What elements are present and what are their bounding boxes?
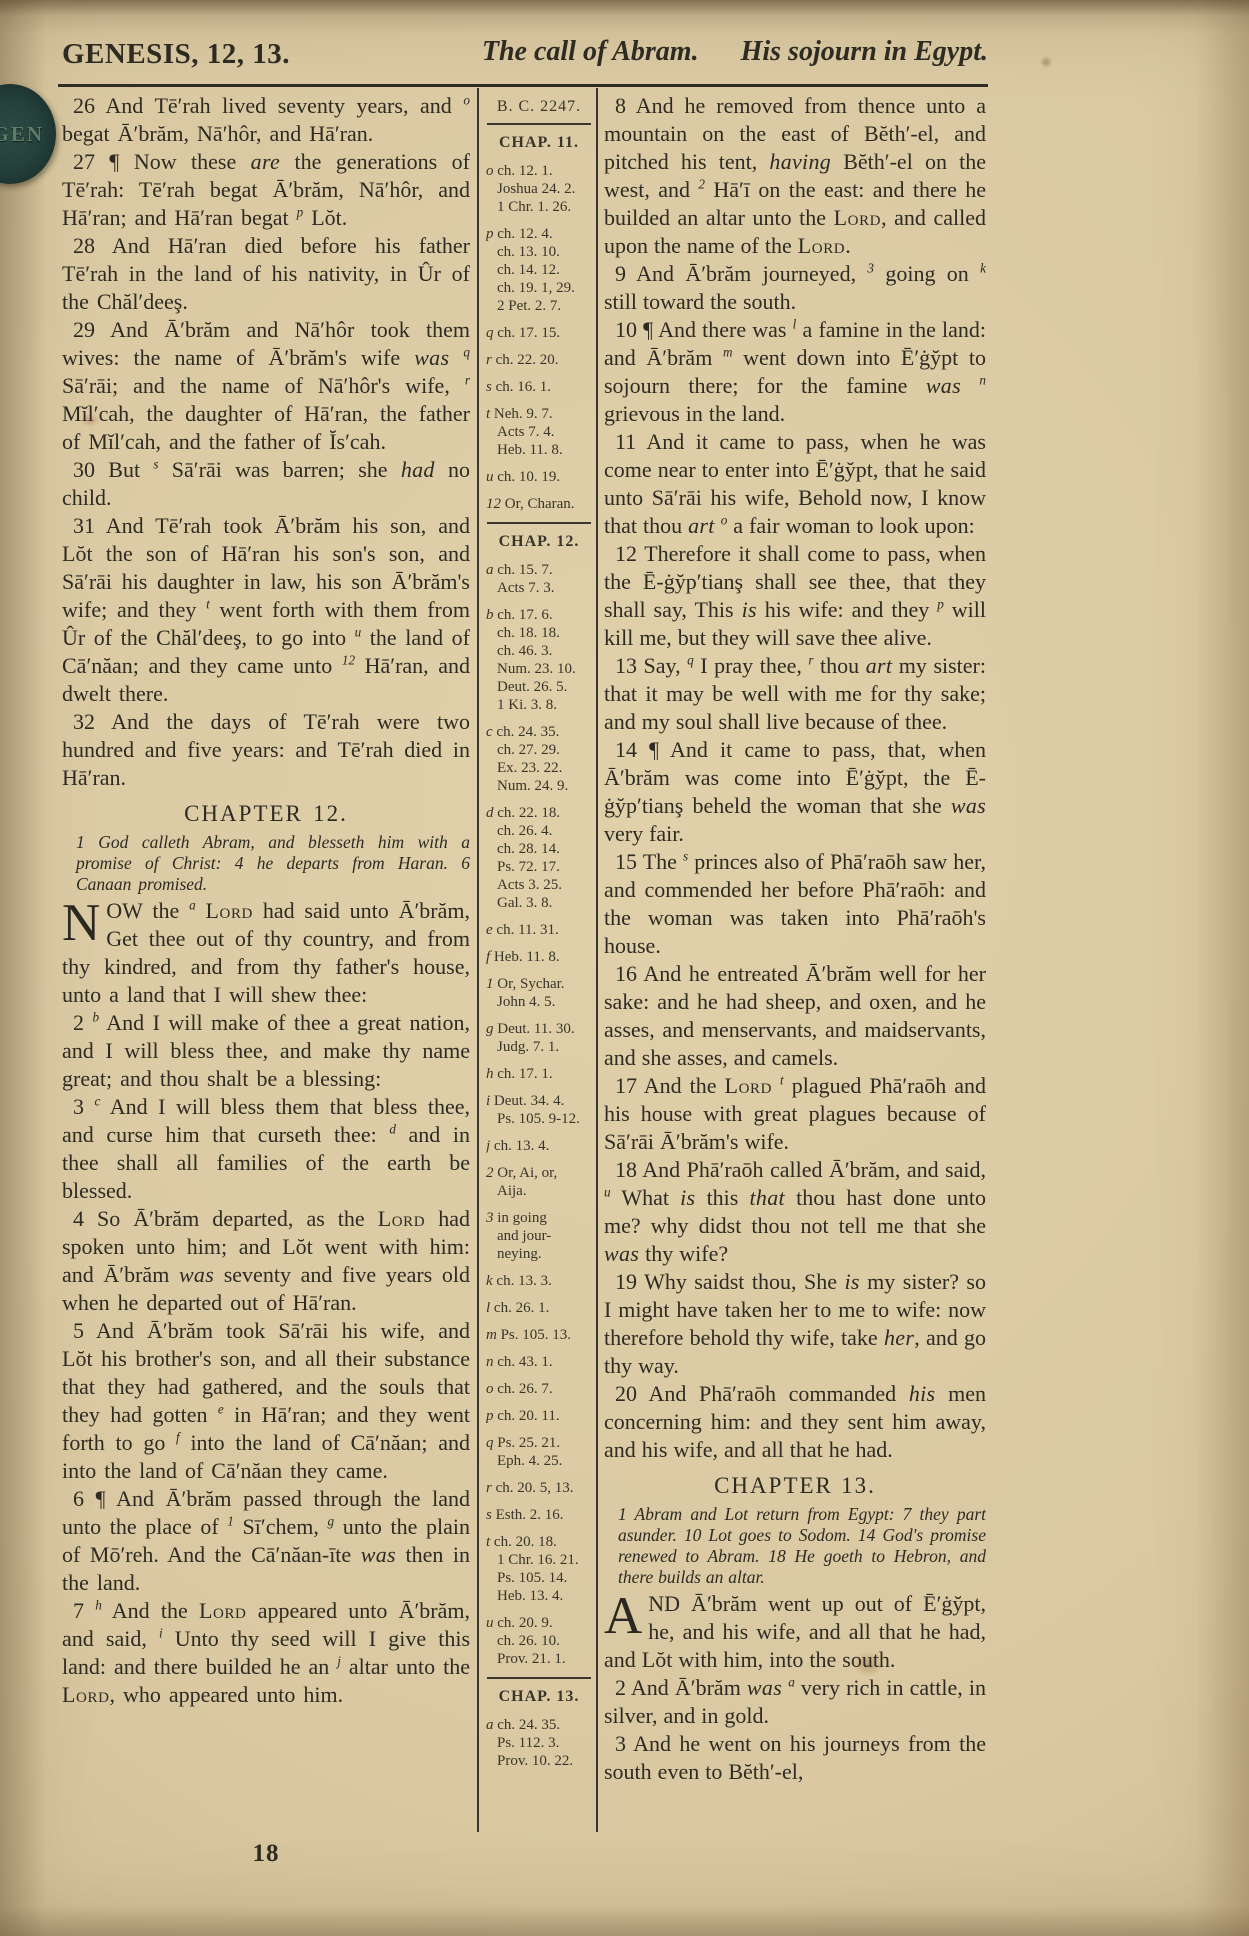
reference-key: l [486, 1300, 490, 1316]
chapter-12-heading: CHAPTER 12. [62, 800, 470, 828]
verse: 32 And the days of Tē′rah were two hundr… [62, 708, 470, 792]
reference-key: s [486, 1507, 492, 1523]
reference-body: ch. 17. 1. [497, 1066, 552, 1082]
reference-key: n [486, 1354, 494, 1370]
reference-key: f [486, 949, 490, 965]
reference-body: Deut. 34. 4.Ps. 105. 9-12. [494, 1093, 580, 1127]
page-header: GENESIS, 12, 13. The call of Abram.His s… [62, 36, 988, 80]
reference-key: k [486, 1273, 493, 1289]
chap-12-ref-title: CHAP. 12. [486, 533, 592, 551]
verse: 29 And Ā′brăm and Nā′hôr took them wives… [62, 316, 470, 456]
verse: 31 And Tē′rah took Ā′brăm his son, and L… [62, 512, 470, 708]
cross-reference: o ch. 26. 7. [486, 1380, 592, 1398]
reference-body: ch. 22. 20. [496, 352, 559, 368]
center-rule [487, 522, 591, 524]
reference-key: q [486, 325, 494, 341]
cross-reference: f Heb. 11. 8. [486, 948, 592, 966]
reference-body: in goingand jour-neying. [497, 1210, 551, 1262]
verse: 28 And Hā′ran died before his father Tē′… [62, 232, 470, 316]
chapter-13-verses: 2 And Ā′brăm was a very rich in cattle, … [604, 1674, 986, 1786]
cross-reference: a ch. 24. 35.Ps. 112. 3.Prov. 10. 22. [486, 1716, 592, 1770]
cross-reference: 1 Or, Sychar.John 4. 5. [486, 975, 592, 1011]
cross-reference: s ch. 16. 1. [486, 378, 592, 396]
cross-reference: i Deut. 34. 4.Ps. 105. 9-12. [486, 1092, 592, 1128]
reference-key: p [486, 226, 494, 242]
reference-body: ch. 20. 5, 13. [496, 1480, 574, 1496]
dropcap-letter: A [604, 1590, 648, 1639]
header-book-title: GENESIS, 12, 13. [62, 38, 290, 71]
reference-body: ch. 22. 18.ch. 26. 4.ch. 28. 14.Ps. 72. … [497, 805, 562, 911]
reference-key: q [486, 1435, 494, 1451]
verse: 26 And Tē′rah lived seventy years, and o… [62, 92, 470, 148]
cross-reference: p ch. 20. 11. [486, 1407, 592, 1425]
verse: 8 And he removed from thence unto a moun… [604, 92, 986, 260]
verse: 15 The s princes also of Phā′raōh saw he… [604, 848, 986, 960]
cross-reference: r ch. 22. 20. [486, 351, 592, 369]
reference-key: a [486, 1717, 494, 1733]
reference-body: Ps. 105. 13. [501, 1327, 571, 1343]
cross-reference: u ch. 10. 19. [486, 468, 592, 486]
reference-body: ch. 13. 4. [494, 1138, 549, 1154]
thumb-index-tab: GEN [0, 84, 56, 184]
cross-reference: t ch. 20. 18.1 Chr. 16. 21.Ps. 105. 14.H… [486, 1533, 592, 1605]
reference-body: Neh. 9. 7.Acts 7. 4.Heb. 11. 8. [494, 406, 563, 458]
reference-key: u [486, 469, 494, 485]
reference-key: 2 [486, 1165, 494, 1181]
reference-key: 12 [486, 496, 501, 512]
reference-body: ch. 26. 7. [497, 1381, 552, 1397]
reference-key: s [486, 379, 492, 395]
reference-body: ch. 43. 1. [497, 1354, 552, 1370]
reference-body: ch. 17. 6.ch. 18. 18.ch. 46. 3.Num. 23. … [497, 607, 576, 713]
cross-reference: d ch. 22. 18.ch. 26. 4.ch. 28. 14.Ps. 72… [486, 804, 592, 912]
cross-reference: q Ps. 25. 21.Eph. 4. 25. [486, 1434, 592, 1470]
verse-with-dropcap: AND Ā′brăm went up out of Ē′ġy̆pt, he, a… [604, 1590, 986, 1674]
chapter-11-verses: 26 And Tē′rah lived seventy years, and o… [62, 92, 470, 792]
cross-reference: j ch. 13. 4. [486, 1137, 592, 1155]
verse: 13 Say, q I pray thee, r thou art my sis… [604, 652, 986, 736]
reference-body: ch. 11. 31. [496, 922, 558, 938]
verse: 17 And the Lord t plagued Phā′raōh and h… [604, 1072, 986, 1156]
cross-reference: h ch. 17. 1. [486, 1065, 592, 1083]
reference-body: Deut. 11. 30.Judg. 7. 1. [497, 1021, 575, 1055]
cross-reference: n ch. 43. 1. [486, 1353, 592, 1371]
reference-body: ch. 10. 19. [497, 469, 560, 485]
center-reference-column: B. C. 2247. CHAP. 11. o ch. 12. 1.Joshua… [486, 92, 592, 1836]
left-text-column: 26 And Tē′rah lived seventy years, and o… [62, 92, 470, 1836]
cross-reference: r ch. 20. 5, 13. [486, 1479, 592, 1497]
cross-reference: s Esth. 2. 16. [486, 1506, 592, 1524]
verse-text: ND Ā′brăm went up out of Ē′ġy̆pt, he, an… [604, 1591, 986, 1672]
cross-reference: o ch. 12. 1.Joshua 24. 2.1 Chr. 1. 26. [486, 162, 592, 216]
verse: 12 Therefore it shall come to pass, when… [604, 540, 986, 652]
thumb-tab-label: GEN [0, 122, 56, 147]
reference-key: u [486, 1615, 494, 1631]
reference-body: ch. 16. 1. [496, 379, 551, 395]
reference-body: ch. 17. 15. [497, 325, 560, 341]
reference-body: ch. 12. 4.ch. 13. 10.ch. 14. 12.ch. 19. … [497, 226, 575, 314]
reference-body: Ps. 25. 21.Eph. 4. 25. [497, 1435, 562, 1469]
verse: 5 And Ā′brăm took Sā′rāi his wife, and L… [62, 1317, 470, 1485]
running-head-left: The call of Abram. [482, 36, 699, 67]
cross-reference: 12 Or, Charan. [486, 495, 592, 513]
reference-key: b [486, 607, 494, 623]
reference-key: t [486, 1534, 490, 1550]
cross-reference: k ch. 13. 3. [486, 1272, 592, 1290]
reference-body: Or, Sychar.John 4. 5. [497, 976, 565, 1010]
running-head-right: His sojourn in Egypt. [741, 36, 988, 67]
cross-reference: b ch. 17. 6.ch. 18. 18.ch. 46. 3.Num. 23… [486, 606, 592, 714]
reference-key: i [486, 1093, 490, 1109]
chap-11-ref-title: CHAP. 11. [486, 134, 592, 152]
column-divider-left [477, 88, 479, 1832]
reference-body: Esth. 2. 16. [496, 1507, 564, 1523]
reference-key: g [486, 1021, 494, 1037]
chap-13-refs: a ch. 24. 35.Ps. 112. 3.Prov. 10. 22. [486, 1716, 592, 1770]
verse: 14 ¶ And it came to pass, that, when Ā′b… [604, 736, 986, 848]
cross-reference: q ch. 17. 15. [486, 324, 592, 342]
bc-date: B. C. 2247. [486, 98, 592, 116]
cross-reference: 2 Or, Ai, or,Aija. [486, 1164, 592, 1200]
reference-key: c [486, 724, 493, 740]
reference-body: Heb. 11. 8. [494, 949, 560, 965]
right-text-column: 8 And he removed from thence unto a moun… [604, 92, 986, 1836]
verse: 18 And Phā′raōh called Ā′brăm, and said,… [604, 1156, 986, 1268]
reference-key: t [486, 406, 490, 422]
verse: 20 And Phā′raōh commanded his men concer… [604, 1380, 986, 1464]
chap-13-ref-title: CHAP. 13. [486, 1688, 592, 1706]
reference-body: ch. 12. 1.Joshua 24. 2.1 Chr. 1. 26. [497, 163, 575, 215]
reference-body: ch. 20. 18.1 Chr. 16. 21.Ps. 105. 14.Heb… [494, 1534, 579, 1604]
cross-reference: p ch. 12. 4.ch. 13. 10.ch. 14. 12.ch. 19… [486, 225, 592, 315]
verse: 3 And he went on his journeys from the s… [604, 1730, 986, 1786]
verse: 3 c And I will bless them that bless the… [62, 1093, 470, 1205]
reference-key: h [486, 1066, 494, 1082]
cross-reference: g Deut. 11. 30.Judg. 7. 1. [486, 1020, 592, 1056]
reference-body: ch. 20. 11. [497, 1408, 559, 1424]
reference-body: ch. 15. 7.Acts 7. 3. [497, 562, 555, 596]
verse: 9 And Ā′brăm journeyed, 3 going on k sti… [604, 260, 986, 316]
reference-key: o [486, 1381, 494, 1397]
reference-body: ch. 13. 3. [496, 1273, 551, 1289]
reference-key: j [486, 1138, 490, 1154]
chapter-13-heading: CHAPTER 13. [604, 1472, 986, 1500]
verse: 6 ¶ And Ā′brăm passed through the land u… [62, 1485, 470, 1597]
verse: 4 So Ā′brăm departed, as the Lord had sp… [62, 1205, 470, 1317]
reference-body: ch. 20. 9.ch. 26. 10.Prov. 21. 1. [497, 1615, 566, 1667]
reference-key: a [486, 562, 494, 578]
cross-reference: t Neh. 9. 7.Acts 7. 4.Heb. 11. 8. [486, 405, 592, 459]
verse: 19 Why saidst thou, She is my sister? so… [604, 1268, 986, 1380]
verse: 16 And he entreated Ā′brăm well for her … [604, 960, 986, 1072]
chapter-12-verses: 2 b And I will make of thee a great nati… [62, 1009, 470, 1709]
reference-key: d [486, 805, 494, 821]
column-divider-right [596, 88, 598, 1832]
header-rule [58, 84, 988, 87]
reference-key: m [486, 1327, 497, 1343]
center-rule [487, 123, 591, 125]
cross-reference: 3 in goingand jour-neying. [486, 1209, 592, 1263]
reference-key: e [486, 922, 493, 938]
verse: 2 And Ā′brăm was a very rich in cattle, … [604, 1674, 986, 1730]
verse-text: OW the a Lord had said unto Ā′brăm, Get … [62, 898, 470, 1007]
reference-key: r [486, 352, 492, 368]
cross-reference: c ch. 24. 35.ch. 27. 29.Ex. 23. 22.Num. … [486, 723, 592, 795]
center-rule [487, 1677, 591, 1679]
reference-key: 1 [486, 976, 494, 992]
verse: 11 And it came to pass, when he was come… [604, 428, 986, 540]
reference-body: Or, Charan. [505, 496, 575, 512]
verse: 30 But s Sā′rāi was barren; she had no c… [62, 456, 470, 512]
verse-with-dropcap: NOW the a Lord had said unto Ā′brăm, Get… [62, 897, 470, 1009]
reference-key: 3 [486, 1210, 494, 1226]
running-head: The call of Abram.His sojourn in Egypt. [482, 36, 988, 68]
chapter-13-summary: 1 Abram and Lot return from Egypt: 7 the… [604, 1504, 986, 1588]
reference-body: ch. 24. 35.Ps. 112. 3.Prov. 10. 22. [497, 1717, 573, 1769]
cross-reference: m Ps. 105. 13. [486, 1326, 592, 1344]
reference-key: p [486, 1408, 494, 1424]
verse: 27 ¶ Now these are the generations of Tē… [62, 148, 470, 232]
reference-key: o [486, 163, 494, 179]
chap-12-refs: a ch. 15. 7.Acts 7. 3.b ch. 17. 6.ch. 18… [486, 561, 592, 1668]
bible-page: GEN GENESIS, 12, 13. The call of Abram.H… [0, 0, 1249, 1936]
chapter-12-verses-continued: 8 And he removed from thence unto a moun… [604, 92, 986, 1464]
cross-reference: a ch. 15. 7.Acts 7. 3. [486, 561, 592, 597]
verse: 2 b And I will make of thee a great nati… [62, 1009, 470, 1093]
cross-reference: l ch. 26. 1. [486, 1299, 592, 1317]
reference-body: ch. 26. 1. [494, 1300, 549, 1316]
cross-reference: u ch. 20. 9.ch. 26. 10.Prov. 21. 1. [486, 1614, 592, 1668]
verse: 10 ¶ And there was l a famine in the lan… [604, 316, 986, 428]
reference-key: r [486, 1480, 492, 1496]
chapter-12-summary: 1 God calleth Abram, and blesseth him wi… [62, 832, 470, 895]
dropcap-letter: N [62, 897, 106, 946]
chap-11-refs: o ch. 12. 1.Joshua 24. 2.1 Chr. 1. 26.p … [486, 162, 592, 513]
page-number: 18 [62, 1840, 470, 1868]
verse: 7 h And the Lord appeared unto Ā′brăm, a… [62, 1597, 470, 1709]
reference-body: Or, Ai, or,Aija. [497, 1165, 557, 1199]
cross-reference: e ch. 11. 31. [486, 921, 592, 939]
reference-body: ch. 24. 35.ch. 27. 29.Ex. 23. 22.Num. 24… [496, 724, 568, 794]
